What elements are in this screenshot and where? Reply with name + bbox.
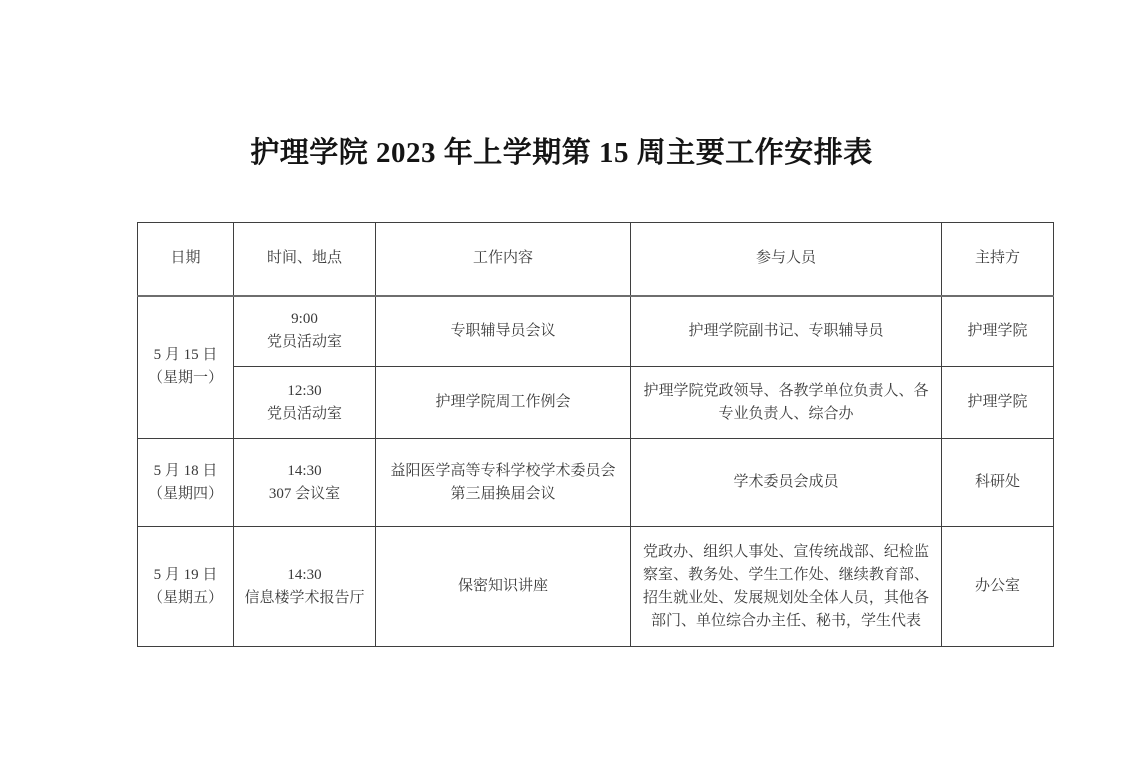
cell-time-location: 14:30 307 会议室	[234, 439, 376, 527]
cell-content: 益阳医学高等专科学校学术委员会第三届换届会议	[376, 439, 631, 527]
cell-content: 保密知识讲座	[376, 527, 631, 647]
cell-participants: 学术委员会成员	[631, 439, 942, 527]
cell-date: 5 月 18 日 （星期四）	[138, 439, 234, 527]
header-cell-host: 主持方	[942, 223, 1054, 296]
table-row: 5 月 15 日 （星期一） 9:00 党员活动室 专职辅导员会议 护理学院副书…	[138, 296, 1054, 367]
cell-content: 专职辅导员会议	[376, 296, 631, 367]
cell-participants: 党政办、组织人事处、宣传统战部、纪检监察室、教务处、学生工作处、继续教育部、招生…	[631, 527, 942, 647]
table-row: 5 月 19 日 （星期五） 14:30 信息楼学术报告厅 保密知识讲座 党政办…	[138, 527, 1054, 647]
cell-time-location: 14:30 信息楼学术报告厅	[234, 527, 376, 647]
header-cell-time-location: 时间、地点	[234, 223, 376, 296]
cell-host: 科研处	[942, 439, 1054, 527]
cell-participants: 护理学院副书记、专职辅导员	[631, 296, 942, 367]
cell-date: 5 月 19 日 （星期五）	[138, 527, 234, 647]
table-row: 5 月 18 日 （星期四） 14:30 307 会议室 益阳医学高等专科学校学…	[138, 439, 1054, 527]
document-title: 护理学院 2023 年上学期第 15 周主要工作安排表	[0, 136, 1123, 170]
cell-date: 5 月 15 日 （星期一）	[138, 296, 234, 439]
header-cell-date: 日期	[138, 223, 234, 296]
header-row: 日期 时间、地点 工作内容 参与人员 主持方	[138, 223, 1054, 296]
cell-participants: 护理学院党政领导、各教学单位负责人、各专业负责人、综合办	[631, 367, 942, 439]
cell-host: 护理学院	[942, 296, 1054, 367]
cell-time-location: 12:30 党员活动室	[234, 367, 376, 439]
cell-content: 护理学院周工作例会	[376, 367, 631, 439]
table-row: 12:30 党员活动室 护理学院周工作例会 护理学院党政领导、各教学单位负责人、…	[138, 367, 1054, 439]
schedule-table: 日期 时间、地点 工作内容 参与人员 主持方 5 月 15 日 （星期一） 9:…	[137, 222, 1054, 647]
header-cell-content: 工作内容	[376, 223, 631, 296]
cell-host: 办公室	[942, 527, 1054, 647]
cell-time-location: 9:00 党员活动室	[234, 296, 376, 367]
cell-host: 护理学院	[942, 367, 1054, 439]
document-page: 护理学院 2023 年上学期第 15 周主要工作安排表 日期 时间、地点 工作内…	[0, 0, 1123, 779]
header-cell-participants: 参与人员	[631, 223, 942, 296]
